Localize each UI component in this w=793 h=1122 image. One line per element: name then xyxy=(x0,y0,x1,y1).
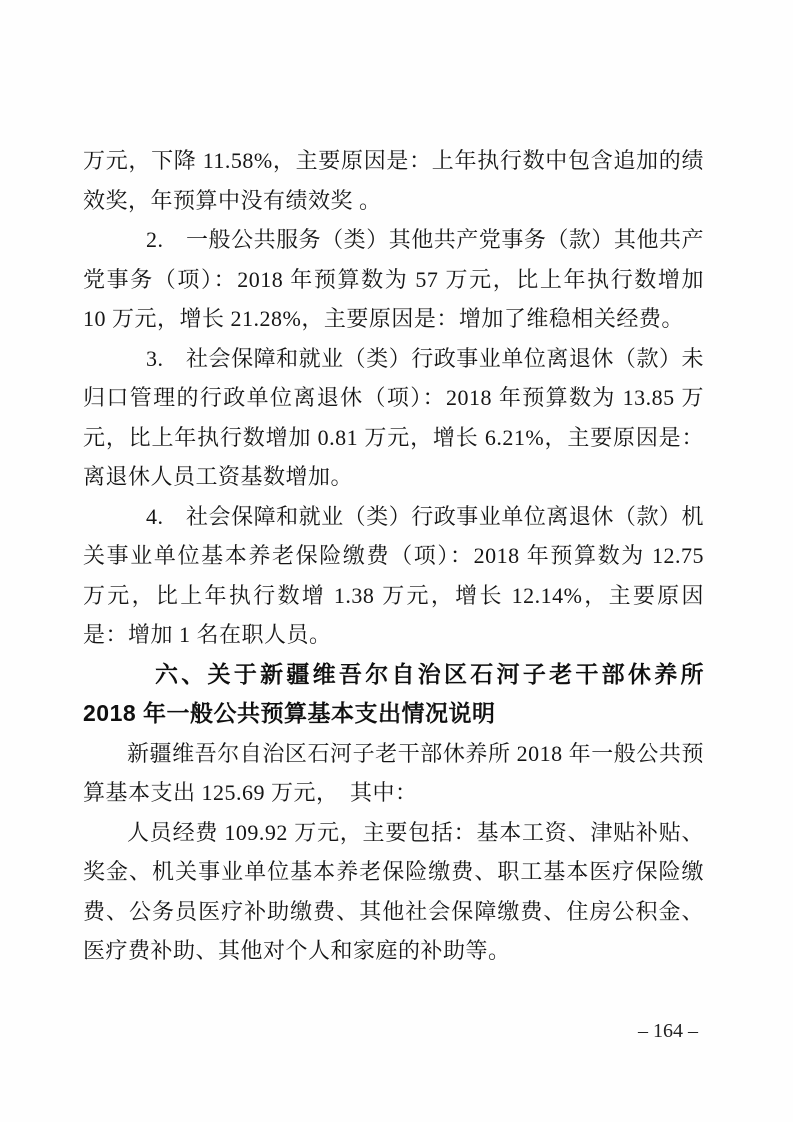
paragraph-item-2: 2. 一般公共服务（类）其他共产党事务（款）其他共产党事务（项）：2018 年预… xyxy=(83,220,704,339)
section-heading-six: 六、关于新疆维吾尔自治区石河子老干部休养所 2018 年一般公共预算基本支出情况… xyxy=(83,655,704,734)
paragraph-item-4: 4. 社会保障和就业（类）行政事业单位离退休（款）机关事业单位基本养老保险缴费（… xyxy=(83,497,704,655)
paragraph-item-3: 3. 社会保障和就业（类）行政事业单位离退休（款）未归口管理的行政单位离退休（项… xyxy=(83,339,704,497)
paragraph-personnel-expense: 人员经费 109.92 万元，主要包括：基本工资、津贴补贴、奖金、机关事业单位基… xyxy=(83,813,704,971)
paragraph-basic-expenditure-total: 新疆维吾尔自治区石河子老干部休养所 2018 年一般公共预算基本支出 125.6… xyxy=(83,734,704,813)
paragraph-continuation: 万元，下降 11.58%，主要原因是：上年执行数中包含追加的绩效奖，年预算中没有… xyxy=(83,141,704,220)
document-body: 万元，下降 11.58%，主要原因是：上年执行数中包含追加的绩效奖，年预算中没有… xyxy=(83,141,704,971)
document-page: 万元，下降 11.58%，主要原因是：上年执行数中包含追加的绩效奖，年预算中没有… xyxy=(0,0,793,1122)
page-number: – 164 – xyxy=(638,1019,698,1043)
